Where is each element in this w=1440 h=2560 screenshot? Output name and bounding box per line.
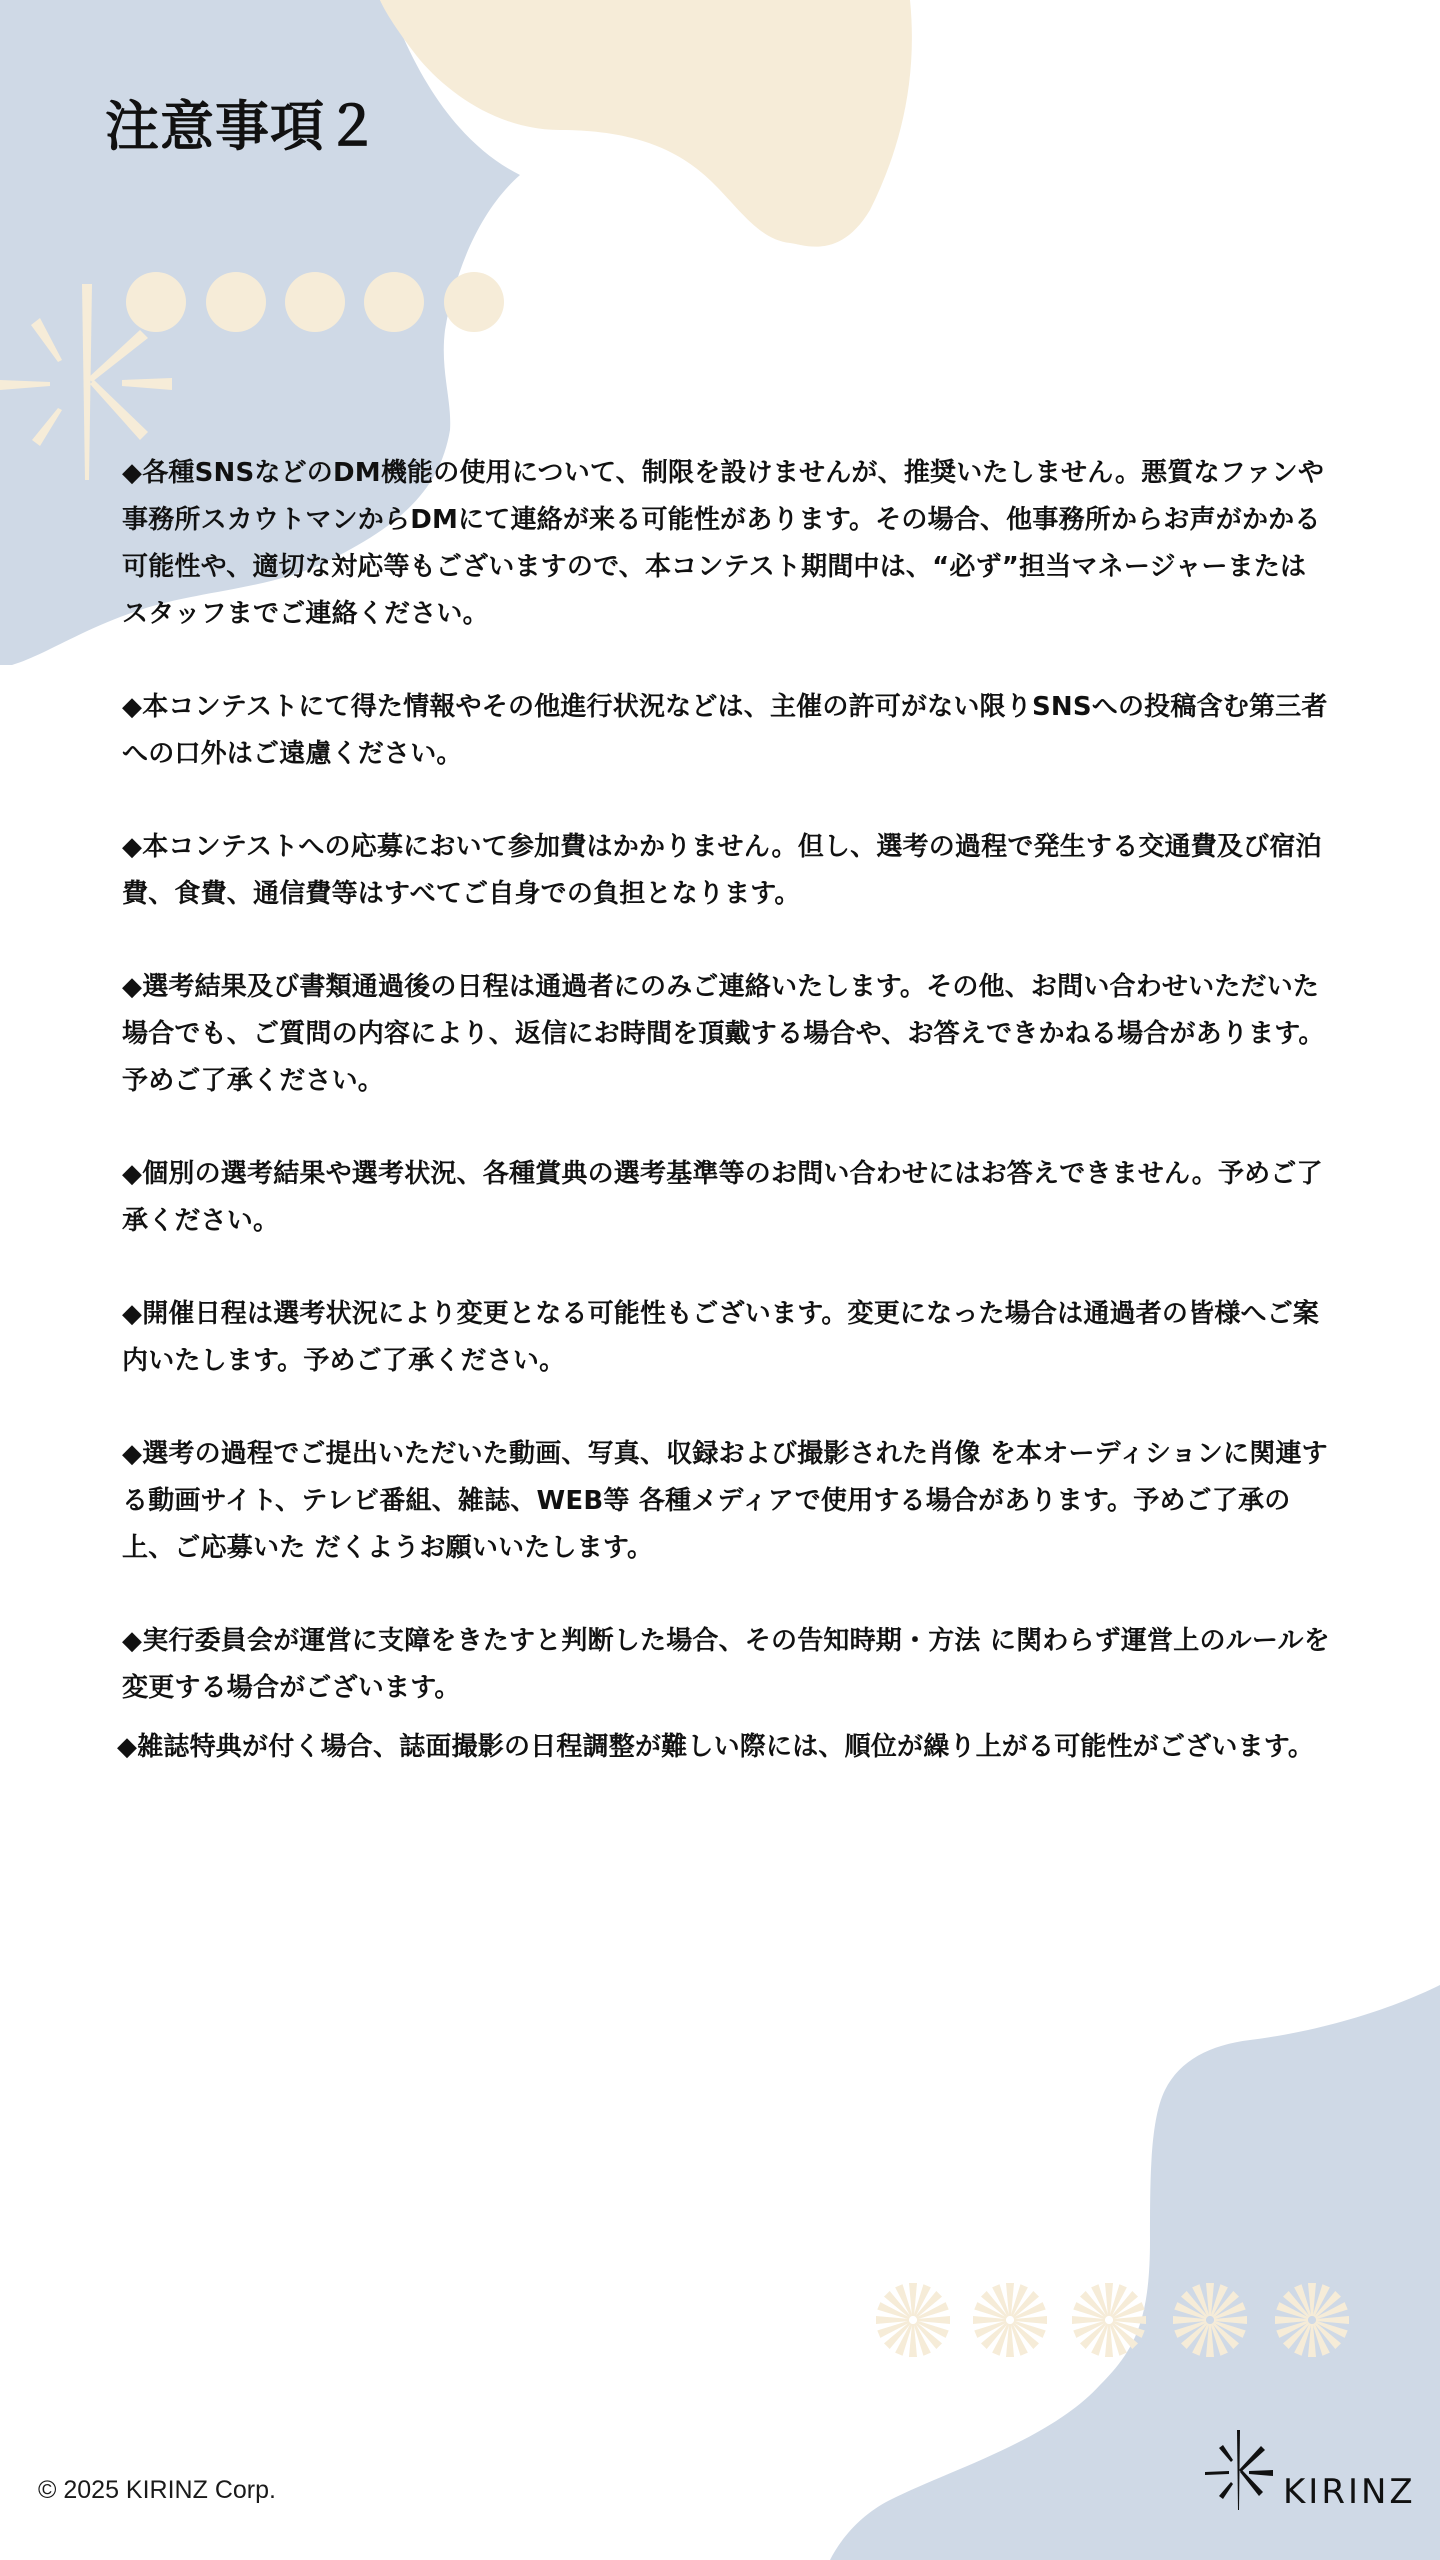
logo-wordmark: KIRINZ (1283, 2472, 1416, 2512)
note-item: ◆本コンテストへの応募において参加費はかかりません。但し、選考の過程で発生する交… (122, 824, 1332, 918)
note-item: ◆各種SNSなどのDM機能の使用について、制限を設けませんが、推奨いたしません。… (122, 450, 1332, 638)
notes-list: ◆各種SNSなどのDM機能の使用について、制限を設けませんが、推奨いたしません。… (122, 450, 1332, 1771)
page-title: 注意事項２ (105, 95, 380, 160)
note-item: ◆実行委員会が運営に支障をきたすと判断した場合、その告知時期・方法 に関わらず運… (122, 1618, 1332, 1712)
note-item: ◆開催日程は選考状況により変更となる可能性もございます。変更になった場合は通過者… (122, 1291, 1332, 1385)
kirinz-logo: KIRINZ (1205, 2420, 1405, 2520)
note-item: ◆雑誌特典が付く場合、誌面撮影の日程調整が難しい際には、順位が繰り上がる可能性が… (117, 1724, 1339, 1771)
copyright-text: © 2025 KIRINZ Corp. (38, 2476, 276, 2505)
note-item: ◆本コンテストにて得た情報やその他進行状況などは、主催の許可がない限りSNSへの… (122, 684, 1332, 778)
kirinz-starburst-icon (1205, 2420, 1285, 2520)
note-item: ◆選考結果及び書類通過後の日程は通過者にのみご連絡いたします。その他、お問い合わ… (122, 964, 1332, 1105)
note-item: ◆個別の選考結果や選考状況、各種賞典の選考基準等のお問い合わせにはお答えできませ… (122, 1151, 1332, 1245)
note-item: ◆選考の過程でご提出いただいた動画、写真、収録および撮影された肖像 を本オーディ… (122, 1431, 1332, 1572)
